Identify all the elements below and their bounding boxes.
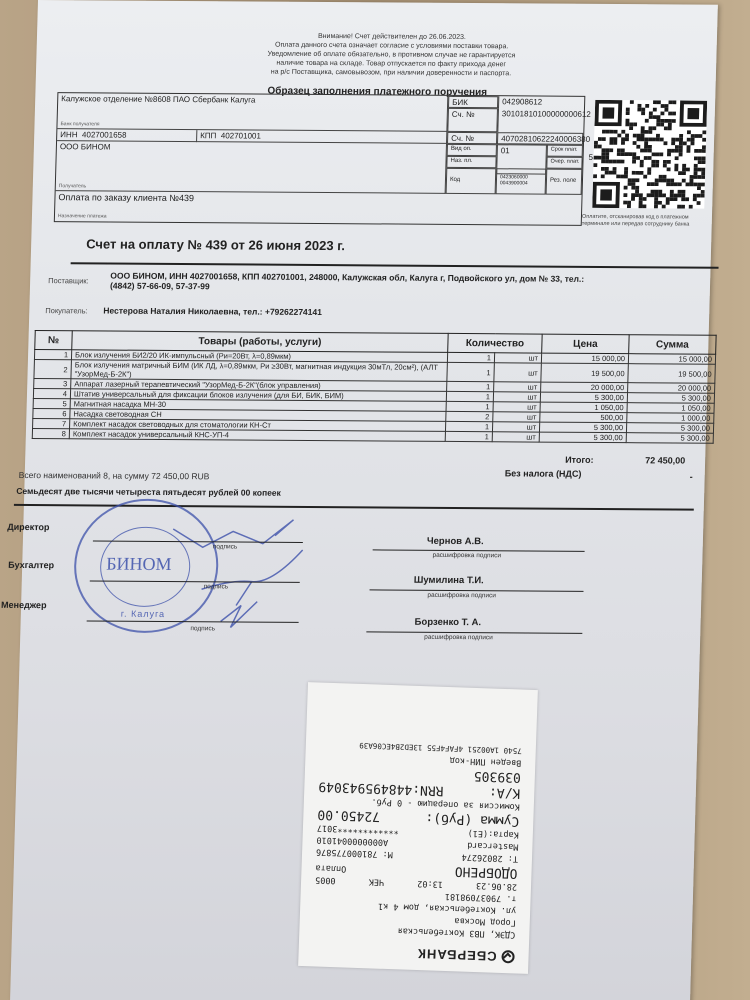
account-label: Сч. № [447,132,497,144]
receipt-card-type: Mastercard [467,839,519,853]
validity-warning: Внимание! Счет действителен до 26.06.202… [246,31,537,78]
recipient-cell: ООО БИНОМ Получатель [56,141,447,194]
row-price: 500,00 [540,412,627,423]
recipient-label: Получатель [59,183,87,189]
title-divider [71,262,719,269]
vat-label: Без налога (НДС) [505,468,582,479]
row-item-name: Блок излучения матричный БИМ (ИК ЛД, λ=0… [71,360,447,382]
naz-pl-label: Наз. пл. [446,156,496,168]
row-unit: шт [493,392,540,402]
col-items: Товары (работы, услуги) [72,331,448,353]
row-unit: шт [493,412,540,422]
supplier-label: Поставщик: [48,276,89,285]
items-count-line: Всего наименований 8, на сумму 72 450,00… [19,470,210,481]
receipt-card-label: Карта:(Е1) [467,827,519,841]
row-sum: 15 000,00 [628,354,715,365]
rez-label: Рез. поле [546,169,583,195]
goods-table: № Товары (работы, услуги) Количество Цен… [32,330,717,444]
row-sum: 5 300,00 [626,433,713,444]
receipt-terminal: Т: 28026274 [462,851,519,865]
row-price: 5 300,00 [540,392,627,403]
handwritten-signatures [160,509,313,630]
director-label: Директор [7,522,50,532]
row-number: 4 [33,389,70,399]
manager-name: Борзенко Т. А. [414,617,481,628]
row-quantity: 2 [446,411,493,421]
row-unit: шт [492,432,539,442]
total-label: Итого: [565,455,594,465]
row-quantity: 1 [447,381,494,391]
row-sum: 5 300,00 [627,393,714,404]
row-item-name: Комплект насадок универсальный КНС-УП-4 [69,429,445,442]
buyer-label: Покупатель: [45,306,88,315]
receipt-date: 28.06.23 [476,879,517,892]
row-unit: шт [494,353,541,363]
receipt-sum-label: Сумма (Руб): [425,809,519,828]
director-decode-caption: расшифровка подписи [432,552,501,559]
receipt-time: 13:02 [417,877,443,890]
row-number: 8 [32,429,69,439]
kpp-label: КПП [200,131,216,140]
vid-op-label: Вид оп. [447,144,497,156]
sberbank-pos-receipt: СБЕРБАНК СДЭК, ПВЗ Коктебельская Город М… [298,682,538,974]
vat-value: - [690,472,693,482]
receipt-bank-logo: СБЕРБАНК [312,943,514,963]
row-number: 6 [33,409,70,419]
srok-label: Срок плат. [547,145,583,157]
supplier-details: ООО БИНОМ, ИНН 4027001658, КПП 402701001… [110,271,710,295]
bik-label: БИК [448,96,498,108]
row-sum: 20 000,00 [628,383,715,394]
ocher-value: 5 [588,153,593,162]
receipt-bank-name: СБЕРБАНК [417,948,497,963]
corr-account-label: Сч. № [447,108,498,132]
warning-line: на р/с Поставщика, самовывозом, при нали… [246,67,536,78]
account-value: 40702810622240006380 [497,132,583,145]
kod-label: Код [446,168,497,194]
row-unit: шт [494,382,541,392]
amount-in-words: Семьдесят две тысячи четыреста пятьдесят… [16,486,281,498]
receipt-operation: Оплата [315,857,346,874]
purpose-text: Оплата по заказу клиента №439 [58,192,194,203]
row-price: 20 000,00 [541,382,628,393]
row-number: 7 [33,419,70,429]
inn-cell: ИНН 4027001658 [57,129,197,142]
row-unit: шт [494,363,542,382]
row-price: 1 050,00 [540,402,627,413]
row-number: 2 [34,360,72,379]
purpose-cell: Оплата по заказу клиента №439 Назначение… [55,191,582,224]
inn-value: 4027001658 [82,130,127,139]
row-price: 15 000,00 [541,353,628,364]
receipt-aid: A0000000041010 [316,833,388,847]
row-quantity: 1 [445,431,492,441]
row-quantity: 1 [447,362,495,381]
kpp-value: 402701001 [221,131,261,140]
director-sign-caption: подпись [213,543,238,550]
row-number: 3 [34,379,71,389]
row-quantity: 1 [447,352,494,362]
receipt-check-number: 0005 [315,873,336,886]
accountant-name: Шумилина Т.И. [414,575,484,586]
row-number: 5 [33,399,70,409]
row-quantity: 1 [446,401,493,411]
total-value: 72 450,00 [645,455,685,465]
manager-decode-caption: расшифровка подписи [424,634,493,641]
ocher-label: Очер. плат. [546,157,582,169]
row-sum: 5 300,00 [626,423,713,434]
row-quantity: 1 [446,391,493,401]
col-number: № [35,331,73,350]
row-sum: 1 000,00 [627,413,714,424]
row-unit: шт [492,422,539,432]
receipt-rrn-label: RRN: [412,765,444,798]
sber-logo-icon [501,950,514,963]
manager-label: Менеджер [1,600,47,610]
receipt-check-label: ЧЕК [369,875,385,888]
bik-value: 042908612 [498,96,584,109]
bank-name: Калужское отделение №8608 ПАО Сбербанк К… [61,94,255,104]
row-quantity: 1 [445,421,492,431]
accountant-sign-caption: подпись [204,583,229,590]
accountant-decode-caption: расшифровка подписи [427,592,496,599]
kod-value: 0423060000 0043900004 [496,168,547,194]
payment-qr-code[interactable] [592,100,707,209]
row-price: 19 500,00 [541,363,629,383]
row-price: 5 300,00 [539,432,626,443]
row-sum: 19 500,00 [628,364,716,384]
manager-sign-caption: подпись [190,625,215,632]
purpose-label: Назначение платежа [58,213,107,219]
invoice-title: Счет на оплату № 439 от 26 июня 2023 г. [86,236,345,253]
bank-label: Банк получателя [60,121,99,127]
payment-order-form: Калужское отделение №8608 ПАО Сбербанк К… [54,92,586,226]
row-sum: 1 050,00 [627,403,714,414]
inn-label: ИНН [60,130,78,139]
bank-cell: Калужское отделение №8608 ПАО Сбербанк К… [57,93,448,132]
col-sum: Сумма [629,335,717,355]
receipt-auth-label: К/А: [489,784,521,800]
qr-caption: Оплатите, отсканировав код в платежном т… [582,214,717,229]
stamp-city: г. Калуга [121,609,166,619]
row-number: 1 [34,350,71,360]
director-name: Чернов А.В. [427,536,484,547]
row-price: 5 300,00 [539,422,626,433]
buyer-details: Нестерова Наталия Николаевна, тел.: +792… [103,306,322,318]
col-quantity: Количество [448,333,543,353]
receipt-sum-value: 72450.00 [317,805,380,823]
receipt-rrn-value: 448495943049 [318,762,413,797]
row-unit: шт [493,402,540,412]
recipient-name: ООО БИНОМ [60,142,111,151]
accountant-label: Бухгалтер [8,560,54,570]
receipt-status: ОДОБРЕНО [455,862,518,880]
receipt-auth-code: 039305 [474,768,521,785]
corr-account-value: 30101810100000000612 [497,108,584,133]
col-price: Цена [542,334,630,354]
